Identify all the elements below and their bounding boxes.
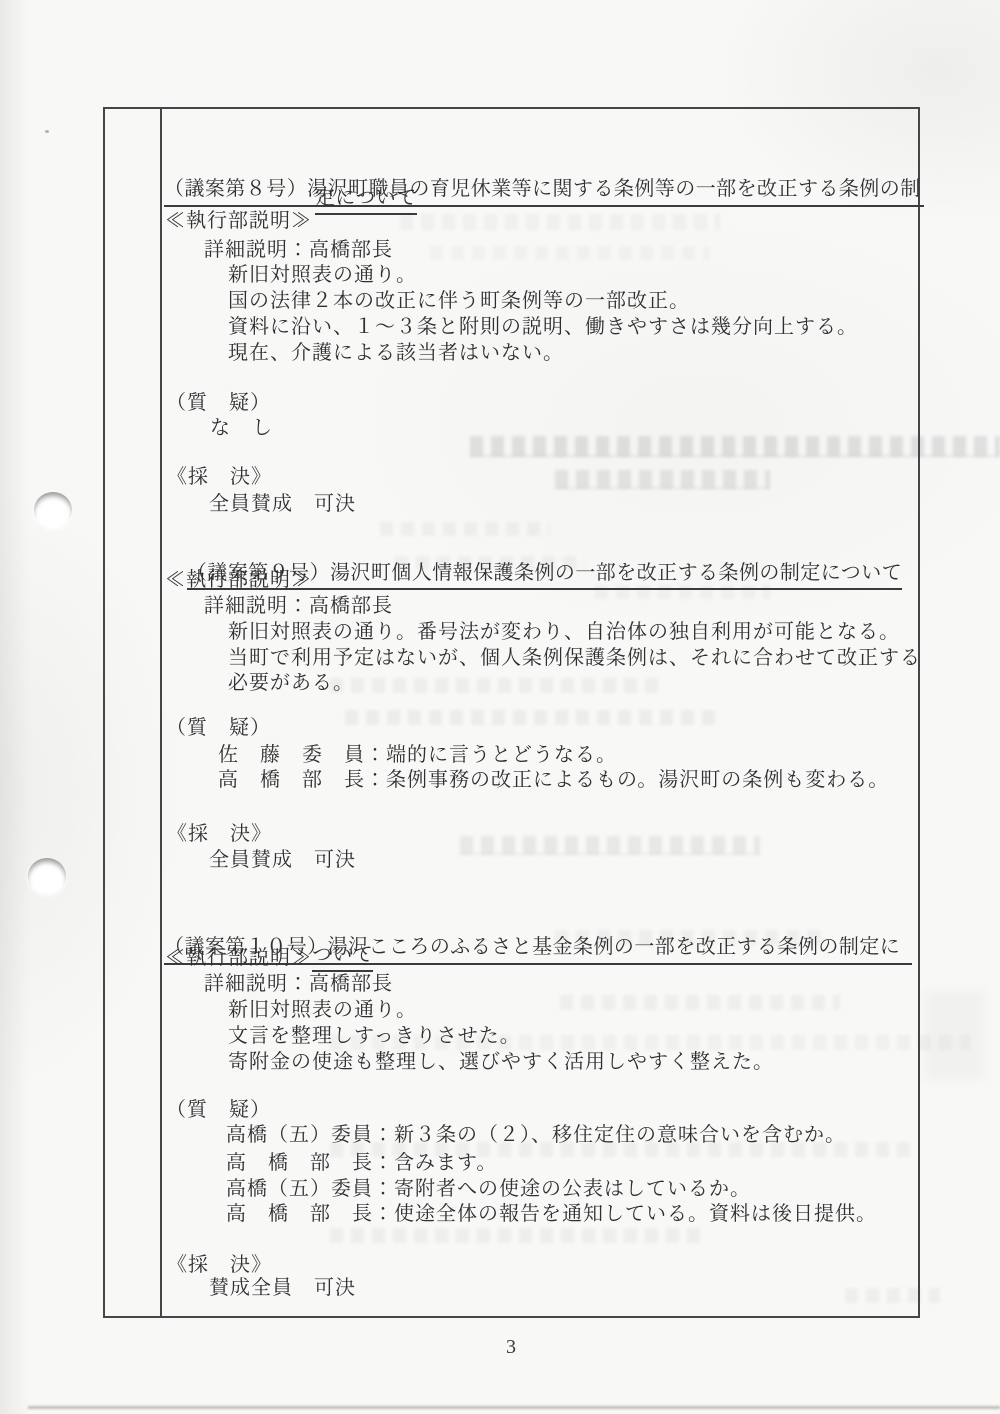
page-number: 3 <box>506 1336 516 1359</box>
qa-line: 高橋（五）委員：新３条の（２）、移住定住の意味合いを含むか。 <box>226 1123 846 1147</box>
explanation-line: 国の法律２本の改正に伴う町条例等の一部改正。 <box>228 289 690 313</box>
explanation-line: 新旧対照表の通り。番号法が変わり、自治体の独自利用が可能となる。 <box>228 620 900 644</box>
punch-hole-bottom <box>28 858 66 894</box>
bleedthrough-smudge <box>925 990 985 1080</box>
bill-title-text: 定について <box>315 187 417 215</box>
explanation-line: 現在、介護による該当者はいない。 <box>228 341 564 365</box>
explanation-line: 文言を整理しすっきりさせた。 <box>228 1024 521 1048</box>
detail-header: 詳細説明：高橋部長 <box>204 972 393 996</box>
vote-header: 《採 決》 <box>167 465 272 489</box>
detail-header: 詳細説明：高橋部長 <box>204 594 393 618</box>
vote-result: 賛成全員 可決 <box>209 1276 356 1300</box>
explanation-line: 新旧対照表の通り。 <box>228 998 417 1022</box>
qa-line: な し <box>210 416 273 440</box>
qa-header: （質 疑） <box>166 391 271 415</box>
qa-line: 高橋（五）委員：寄附者への使途の公表はしているか。 <box>226 1177 751 1201</box>
paper-speck <box>45 130 49 133</box>
qa-line: 高 橋 部 長：使途全体の報告を通知している。資料は後日提供。 <box>226 1202 877 1226</box>
exec-note-header: ≪執行部説明≫ <box>165 209 312 233</box>
qa-line: 高 橋 部 長：含みます。 <box>226 1151 497 1175</box>
exec-note-header: ≪執行部説明≫ <box>165 946 312 970</box>
vote-result: 全員賛成 可決 <box>209 492 356 516</box>
binding-margin-line <box>160 109 162 1316</box>
detail-header: 詳細説明：高橋部長 <box>204 238 393 262</box>
explanation-line: 必要がある。 <box>228 671 354 695</box>
bill-8-title-line-1: （議案第８号）湯沢町職員の育児休業等に関する条例等の一部を改正する条例の制 <box>164 129 924 255</box>
qa-header: （質 疑） <box>166 716 271 740</box>
bill-title-text: （議案第８号）湯沢町職員の育児休業等に関する条例等の一部を改正する条例の制 <box>164 177 924 207</box>
explanation-line: 新旧対照表の通り。 <box>228 263 417 287</box>
qa-line: 高 橋 部 長：条例事務の改正によるもの。湯沢町の条例も変わる。 <box>218 768 889 792</box>
qa-line: 佐 藤 委 員：端的に言うとどうなる。 <box>218 743 617 767</box>
paper-bottom-edge <box>28 1406 1000 1409</box>
qa-header: （質 疑） <box>166 1098 271 1122</box>
explanation-line: 寄附金の使途も整理し、選びやすく活用しやすく整えた。 <box>228 1050 774 1074</box>
scanned-page: （議案第８号）湯沢町職員の育児休業等に関する条例等の一部を改正する条例の制 定に… <box>0 0 1000 1414</box>
explanation-line: 当町で利用予定はないが、個人条例保護条例は、それに合わせて改正する <box>228 646 921 670</box>
bill-title-text: ついて <box>312 944 373 972</box>
explanation-line: 資料に沿い、１～３条と附則の説明、働きやすさは幾分向上する。 <box>228 315 858 339</box>
exec-note-header: ≪執行部説明≫ <box>165 568 312 592</box>
vote-header: 《採 決》 <box>167 822 272 846</box>
vote-result: 全員賛成 可決 <box>209 848 356 872</box>
punch-hole-top <box>34 492 72 528</box>
vote-header: 《採 決》 <box>167 1253 272 1277</box>
